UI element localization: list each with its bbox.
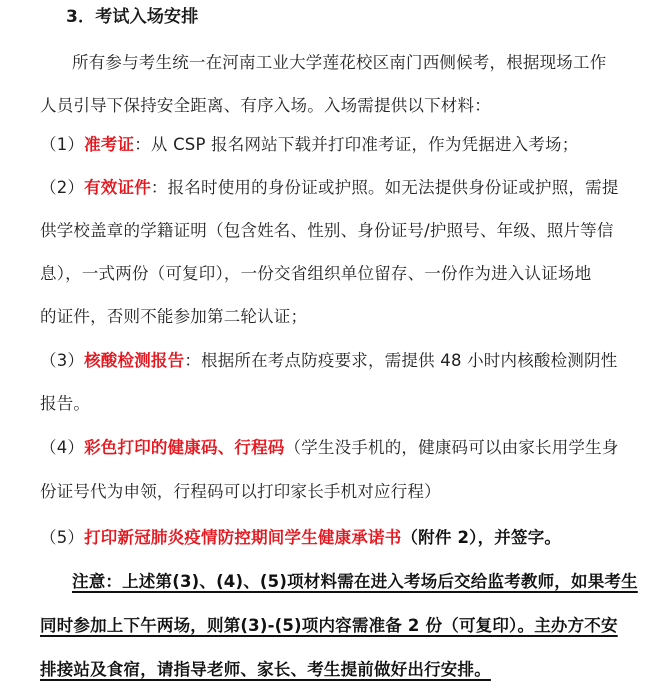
item-text: ：从 CSP 报名网站下载并打印准考证，作为凭据进入考场； [134, 135, 578, 154]
item-number: （4） [40, 438, 84, 457]
item-text: （学生没手机的，健康码可以由家长用学生身 [285, 438, 619, 457]
item-2-line-3: 息），一式两份（可复印），一份交省组织单位留存、一份作为进入认证场地 [40, 263, 591, 285]
item-2-line-2: 供学校盖章的学籍证明（包含姓名、性别、身份证号/护照号、年级、照片等信 [40, 220, 614, 242]
item-1: （1）准考证：从 CSP 报名网站下载并打印准考证，作为凭据进入考场； [40, 134, 578, 156]
item-4-line-2: 份证号代为申领，行程码可以打印家长手机对应行程） [40, 481, 441, 503]
notice-line-2: 同时参加上下午两场，则第(3)-(5)项内容需准备 2 份（可复印）。主办方不安 [40, 615, 618, 637]
item-number: （3） [40, 351, 84, 370]
item-4: （4）彩色打印的健康码、行程码（学生没手机的，健康码可以由家长用学生身 [40, 437, 619, 459]
item-text: ：报名时使用的身份证或护照。如无法提供身份证或护照，需提 [151, 178, 619, 197]
item-number: （2） [40, 178, 84, 197]
item-title: 打印新冠肺炎疫情防控期间学生健康承诺书 [84, 528, 401, 547]
section-heading: 3．考试入场安排 [66, 6, 198, 28]
item-number: （5） [40, 528, 84, 547]
item-3: （3）核酸检测报告：根据所在考点防疫要求，需提供 48 小时内核酸检测阴性 [40, 350, 617, 372]
intro-line-1: 所有参与考生统一在河南工业大学莲花校区南门西侧候考，根据现场工作 [72, 52, 606, 74]
item-text: （附件 2），并签字。 [401, 528, 561, 547]
item-title: 核酸检测报告 [84, 351, 184, 370]
item-2-line-4: 的证件，否则不能参加第二轮认证； [40, 306, 307, 328]
intro-line-2: 人员引导下保持安全距离、有序入场。入场需提供以下材料： [40, 95, 491, 117]
item-number: （1） [40, 135, 84, 154]
item-title: 彩色打印的健康码、行程码 [84, 438, 284, 457]
item-title: 准考证 [84, 135, 134, 154]
item-3-line-2: 报告。 [40, 393, 90, 415]
item-5: （5）打印新冠肺炎疫情防控期间学生健康承诺书（附件 2），并签字。 [40, 527, 561, 549]
notice-line-3: 排接站及食宿，请指导老师、家长、考生提前做好出行安排。 [40, 659, 491, 681]
notice-line-1: 注意：上述第(3)、(4)、(5)项材料需在进入考场后交给监考教师，如果考生 [72, 571, 638, 593]
item-title: 有效证件 [84, 178, 151, 197]
item-2: （2）有效证件：报名时使用的身份证或护照。如无法提供身份证或护照，需提 [40, 177, 619, 199]
item-text: ：根据所在考点防疫要求，需提供 48 小时内核酸检测阴性 [184, 351, 617, 370]
